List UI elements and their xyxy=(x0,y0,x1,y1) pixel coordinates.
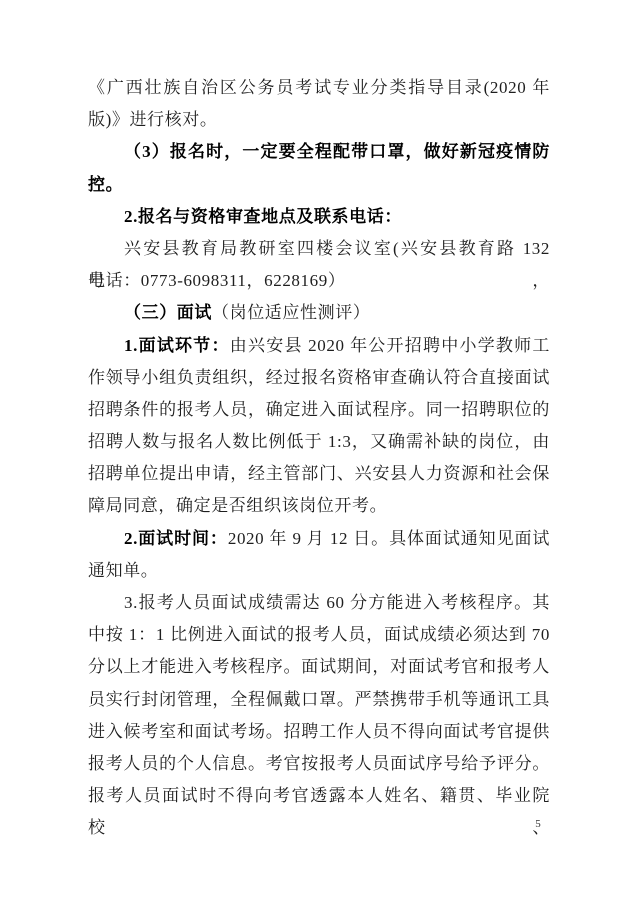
emphasis-text: 2.面试时间： xyxy=(124,529,228,548)
text-line: 3.报考人员面试成绩需达 60 分方能进入考核程序。其 xyxy=(88,587,550,619)
text-line: 中按 1：1 比例进入面试的报考人员，面试成绩必须达到 70 xyxy=(88,619,550,651)
text-line: 控。 xyxy=(88,169,550,201)
body-text: 报考人员的个人信息。考官按报考人员面试序号给予评分。 xyxy=(88,754,550,773)
text-line: 分以上才能进入考核程序。面试期间，对面试考官和报考人 xyxy=(88,651,550,683)
body-text: （岗位适应性测评） xyxy=(212,303,370,322)
body-text: 中按 1：1 比例进入面试的报考人员，面试成绩必须达到 70 xyxy=(88,625,550,644)
text-line: 作领导小组负责组织，经过报名资格审查确认符合直接面试 xyxy=(88,362,550,394)
text-line: 兴安县教育局教研室四楼会议室(兴安县教育路 132 号， xyxy=(88,233,550,265)
body-text: 招聘条件的报考人员，确定进入面试程序。同一招聘职位的 xyxy=(88,400,550,419)
text-line: 招聘条件的报考人员，确定进入面试程序。同一招聘职位的 xyxy=(88,394,550,426)
text-line: 2.面试时间：2020 年 9 月 12 日。具体面试通知见面试 xyxy=(88,523,550,555)
text-line: 招聘单位提出申请，经主管部门、兴安县人力资源和社会保 xyxy=(88,458,550,490)
text-line: 《广西壮族自治区公务员考试专业分类指导目录(2020 年 xyxy=(88,72,550,104)
text-line: 报考人员的个人信息。考官按报考人员面试序号给予评分。 xyxy=(88,748,550,780)
text-line: （3）报名时，一定要全程配带口罩，做好新冠疫情防 xyxy=(88,136,550,168)
body-text: 电话：0773-6098311，6228169） xyxy=(88,271,345,290)
body-text: 报考人员面试时不得向考官透露本人姓名、籍贯、毕业院校、 xyxy=(88,786,550,837)
body-text: 障局同意，确定是否组织该岗位开考。 xyxy=(88,496,387,515)
body-text: 2020 年 9 月 12 日。具体面试通知见面试 xyxy=(228,529,550,548)
text-line: 版)》进行核对。 xyxy=(88,104,550,136)
text-line: 1.面试环节：由兴安县 2020 年公开招聘中小学教师工 xyxy=(88,330,550,362)
text-line: 招聘人数与报名人数比例低于 1:3，又确需补缺的岗位，由 xyxy=(88,426,550,458)
text-line: 员实行封闭管理，全程佩戴口罩。严禁携带手机等通讯工具 xyxy=(88,684,550,716)
emphasis-text: （三）面试 xyxy=(124,303,212,322)
body-text: 作领导小组负责组织，经过报名资格审查确认符合直接面试 xyxy=(88,368,550,387)
emphasis-text: （3）报名时，一定要全程配带口罩，做好新冠疫情防 xyxy=(124,142,550,161)
text-line: 报考人员面试时不得向考官透露本人姓名、籍贯、毕业院校、 xyxy=(88,780,550,812)
body-text: 招聘单位提出申请，经主管部门、兴安县人力资源和社会保 xyxy=(88,464,550,483)
emphasis-text: 1.面试环节： xyxy=(124,336,230,355)
text-line: 2.报名与资格审查地点及联系电话： xyxy=(88,201,550,233)
body-text: 进入候考室和面试考场。招聘工作人员不得向面试考官提供 xyxy=(88,722,550,741)
body-text: 由兴安县 2020 年公开招聘中小学教师工 xyxy=(230,336,550,355)
emphasis-text: 控。 xyxy=(88,175,123,194)
text-line: 障局同意，确定是否组织该岗位开考。 xyxy=(88,490,550,522)
body-text: 分以上才能进入考核程序。面试期间，对面试考官和报考人 xyxy=(88,657,550,676)
document-page: 《广西壮族自治区公务员考试专业分类指导目录(2020 年版)》进行核对。（3）报… xyxy=(0,0,636,900)
body-text: 招聘人数与报名人数比例低于 1:3，又确需补缺的岗位，由 xyxy=(88,432,550,451)
body-text: 版)》进行核对。 xyxy=(88,110,217,129)
page-number: 5 xyxy=(531,817,545,831)
body-text: 员实行封闭管理，全程佩戴口罩。严禁携带手机等通讯工具 xyxy=(88,690,550,709)
text-line: 通知单。 xyxy=(88,555,550,587)
document-body: 《广西壮族自治区公务员考试专业分类指导目录(2020 年版)》进行核对。（3）报… xyxy=(88,72,550,812)
body-text: 《广西壮族自治区公务员考试专业分类指导目录(2020 年 xyxy=(88,78,550,97)
emphasis-text: 2.报名与资格审查地点及联系电话： xyxy=(124,207,402,226)
text-line: （三）面试（岗位适应性测评） xyxy=(88,297,550,329)
body-text: 3.报考人员面试成绩需达 60 分方能进入考核程序。其 xyxy=(124,593,550,612)
text-line: 进入候考室和面试考场。招聘工作人员不得向面试考官提供 xyxy=(88,716,550,748)
body-text: 通知单。 xyxy=(88,561,158,580)
